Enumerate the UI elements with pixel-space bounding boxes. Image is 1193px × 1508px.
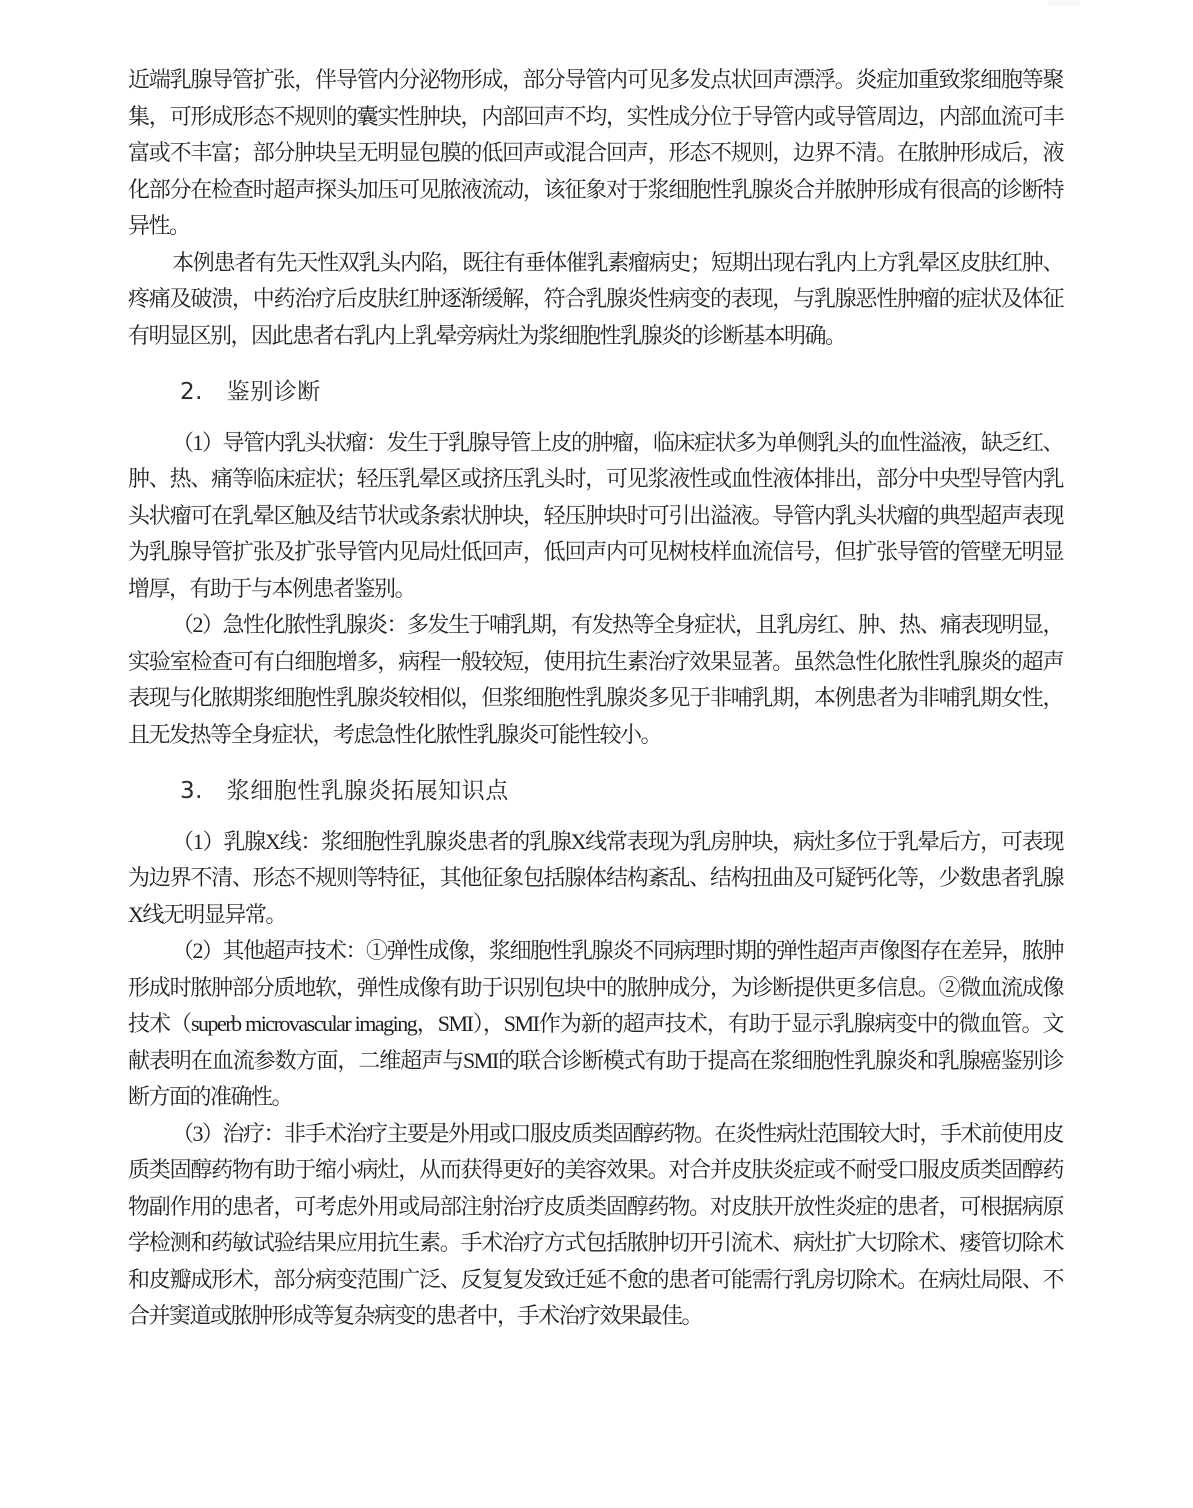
paragraph-acute-suppurative-mastitis: （2）急性化脓性乳腺炎：多发生于哺乳期，有发热等全身症状，且乳房红、肿、热、痛表… xyxy=(128,607,1063,753)
page-content: 近端乳腺导管扩张，伴导管内分泌物形成，部分导管内可见多发点状回声漂浮。炎症加重致… xyxy=(128,62,1063,1335)
paragraph-other-ultrasound-techniques: （2）其他超声技术：①弹性成像，浆细胞性乳腺炎不同病理时期的弹性超声声像图存在差… xyxy=(128,933,1063,1116)
document-page: 近端乳腺导管扩张，伴导管内分泌物形成，部分导管内可见多发点状回声漂浮。炎症加重致… xyxy=(0,0,1193,1508)
section-number: 3. xyxy=(180,778,203,804)
section-title: 浆细胞性乳腺炎拓展知识点 xyxy=(227,778,509,804)
section-number: 2. xyxy=(180,379,203,405)
section-heading-extended-knowledge: 3. 浆细胞性乳腺炎拓展知识点 xyxy=(128,773,1063,810)
paragraph-case-summary: 本例患者有先天性双乳头内陷，既往有垂体催乳素瘤病史；短期出现右乳内上方乳晕区皮肤… xyxy=(128,245,1063,355)
paragraph-intraductal-papilloma: （1）导管内乳头状瘤：发生于乳腺导管上皮的肿瘤，临床症状多为单侧乳头的血性溢液，… xyxy=(128,425,1063,608)
paragraph-ultrasound-findings-continued: 近端乳腺导管扩张，伴导管内分泌物形成，部分导管内可见多发点状回声漂浮。炎症加重致… xyxy=(128,62,1063,245)
paragraph-mammography: （1）乳腺X线：浆细胞性乳腺炎患者的乳腺X线常表现为乳房肿块，病灶多位于乳晕后方… xyxy=(128,824,1063,934)
section-heading-differential-diagnosis: 2. 鉴别诊断 xyxy=(128,374,1063,411)
paragraph-treatment: （3）治疗：非手术治疗主要是外用或口服皮质类固醇药物。在炎性病灶范围较大时，手术… xyxy=(128,1116,1063,1335)
scan-artifact xyxy=(1048,0,1080,7)
section-title: 鉴别诊断 xyxy=(227,379,321,405)
